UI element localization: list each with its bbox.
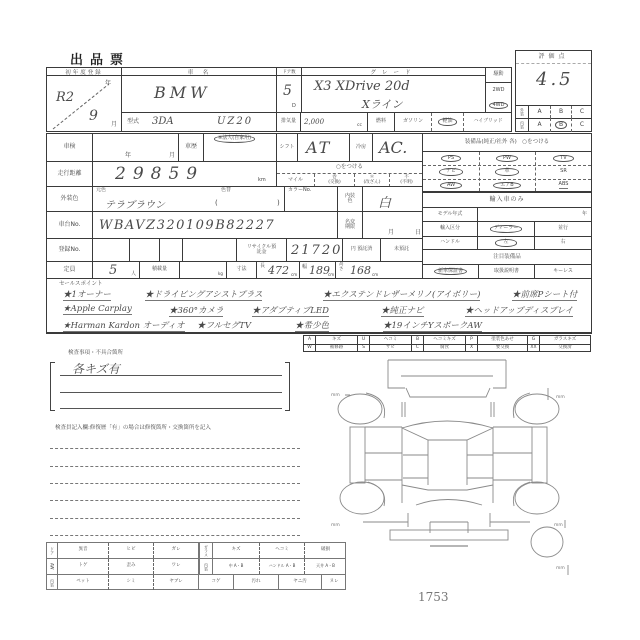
fuel-label: 燃料 bbox=[367, 113, 395, 131]
legend-desc: ヘコミキズ bbox=[424, 336, 466, 344]
legend-code: U bbox=[358, 336, 370, 344]
first-registration-cell: 初年度登録 年 R2 9 月 bbox=[46, 67, 122, 132]
color-code-label: カラーNo. bbox=[288, 188, 311, 194]
score-box: 評価点 4.5 外装 A B C 内装 A B C bbox=[515, 50, 592, 132]
score-value: 4.5 bbox=[536, 69, 574, 90]
drive-cell: 駆動 2WD 4WD bbox=[485, 67, 512, 113]
inspection-notes-label: 検査事項・不具合箇所 bbox=[68, 350, 123, 356]
legend-desc: 交換済 bbox=[540, 344, 590, 352]
doors-unit: D bbox=[292, 104, 296, 110]
registration-box-2 bbox=[129, 238, 160, 262]
exterior-a: A bbox=[529, 106, 550, 118]
model-type-chassis: UZ20 bbox=[217, 116, 253, 127]
car-diagram bbox=[330, 352, 600, 602]
model-type-code: 3DA bbox=[152, 116, 174, 127]
recycle-label: リサイクル預託金 bbox=[236, 238, 287, 262]
import-type-parallel: 並行 bbox=[534, 221, 592, 237]
load-unit: kg bbox=[218, 272, 223, 276]
registration-box-4 bbox=[182, 238, 237, 262]
grade-line1: X3 XDrive 20d bbox=[314, 79, 410, 94]
condition-cell: ヤブレ bbox=[153, 575, 198, 590]
aircon-cell: AC. bbox=[372, 133, 423, 162]
condition-cell: 中 A・B bbox=[213, 559, 259, 574]
sales-point: ★アダプティブLED bbox=[252, 304, 329, 317]
fuel-hybrid: ハイブリッド bbox=[463, 113, 512, 131]
doors-cell: ドア数 5 D bbox=[276, 67, 302, 113]
equipment-leather-label: 革 bbox=[495, 168, 518, 176]
name-change-label: 名変期限 bbox=[337, 211, 363, 239]
mileage-label: 走行距離 bbox=[46, 161, 93, 187]
accessory-warranty: 新車保証書 bbox=[422, 264, 479, 279]
inspector-line bbox=[50, 535, 300, 536]
damage-legend: A キズ U ヘコミ B ヘコミキズ P 塗装色あせ G ガラスキズ W 補修跡… bbox=[303, 335, 591, 352]
equipment-navi-label: ナビ bbox=[439, 168, 463, 176]
capacity-label: 定員 bbox=[46, 261, 93, 279]
condition-row-label: 内装 bbox=[198, 559, 213, 574]
recycle-cell: 21720 bbox=[286, 238, 343, 262]
vin-cell: WBAVZ320109B82227 bbox=[92, 211, 338, 239]
capacity-value: 5 bbox=[109, 263, 117, 278]
load-cell: kg bbox=[179, 261, 227, 279]
import-type-label: 輸入区分 bbox=[422, 221, 478, 237]
doors-label: ドア数 bbox=[277, 68, 301, 76]
inspector-line bbox=[50, 466, 300, 467]
mileage-unit: km bbox=[258, 178, 266, 184]
registration-box-1 bbox=[92, 238, 130, 262]
name-change-cell: 月 日 bbox=[362, 211, 423, 239]
model-type-label: 型式 bbox=[127, 119, 139, 126]
inspector-notes-label: 検査員記入欄:修復歴「有」の場合は修復箇所・交換箇所を記入 bbox=[55, 425, 211, 431]
legend-desc: サビ bbox=[370, 344, 412, 352]
car-name-cell: 車 名 BMW bbox=[121, 67, 277, 113]
first-registration-year: R2 bbox=[56, 90, 74, 105]
recycle-not-deposited: 未預託 bbox=[380, 238, 423, 262]
exterior-label: 外装 bbox=[516, 106, 529, 118]
condition-cell: ヘコミ bbox=[259, 543, 304, 558]
notes-line bbox=[60, 408, 282, 409]
displacement-unit: cc bbox=[357, 124, 362, 129]
legend-desc: 要交換 bbox=[478, 344, 528, 352]
interior-grade-row: 内装 A B C bbox=[516, 118, 591, 132]
inspection-value: 年 月 bbox=[92, 133, 179, 162]
displacement-value: 2,000 bbox=[304, 118, 324, 126]
legend-code: B bbox=[412, 336, 424, 344]
displacement-fuel-row: 排気量 2,000 cc 燃料 ガソリン 軽油 ハイブリッド bbox=[276, 112, 512, 132]
condition-row-label: ガラス bbox=[198, 543, 213, 558]
equipment-leather: 革 bbox=[479, 165, 535, 179]
recycle-value: 21720 bbox=[291, 243, 342, 258]
color-label: 外装色 bbox=[46, 186, 93, 212]
drive-label: 駆動 bbox=[486, 68, 511, 83]
sales-point: ★前席Pシート付 bbox=[512, 288, 577, 301]
length-cell: 長 472 cm bbox=[256, 261, 300, 279]
color-code-cell: カラーNo. bbox=[284, 186, 338, 212]
interior-color-label: 内装色 bbox=[337, 186, 363, 212]
legend-desc: ガラスキズ bbox=[540, 336, 590, 344]
mileage-value: 29859 bbox=[115, 164, 204, 184]
accessory-manual: 取扱説明書 bbox=[478, 264, 535, 279]
grade-cell: グレード X3 XDrive 20d Xライン bbox=[301, 67, 486, 113]
length-label: 長 bbox=[260, 264, 265, 270]
condition-row-label: ドア bbox=[47, 543, 58, 558]
condition-cell: シミ bbox=[108, 575, 153, 590]
equipment-pw-label: PW bbox=[496, 155, 518, 163]
condition-cell: 汚れ bbox=[233, 575, 278, 590]
interior-color-cell: 白 bbox=[362, 186, 423, 212]
exterior-grade-row: 外装 A B C bbox=[516, 105, 591, 119]
registration-box-3 bbox=[159, 238, 183, 262]
aircon-value: AC. bbox=[379, 138, 407, 157]
width-unit: cm bbox=[328, 273, 334, 277]
form-title: 出品票 bbox=[70, 49, 130, 68]
shift-cell: AT bbox=[297, 133, 350, 162]
handle-right: 右 bbox=[534, 236, 592, 250]
capacity-cell: 5 人 bbox=[92, 261, 140, 279]
equipment-tv: TV bbox=[535, 152, 592, 165]
condition-cell: キズ bbox=[213, 543, 259, 558]
sales-points-label: セールスポイント bbox=[59, 281, 103, 287]
sales-point: ★Harman Kardon オーディオ bbox=[63, 319, 185, 332]
legend-code: A bbox=[304, 336, 316, 344]
sales-points-box: セールスポイント ★1オーナー ★ドライビングアシストプラス ★エクステンドレザ… bbox=[46, 278, 592, 334]
legend-code: X bbox=[466, 344, 478, 352]
import-dealer-label: ディーラー bbox=[490, 225, 523, 233]
legend-code: XX bbox=[528, 344, 540, 352]
doors-value: 5 bbox=[283, 83, 292, 99]
equipment-ps: PS bbox=[423, 152, 479, 165]
model-year-cell: 年 bbox=[477, 207, 592, 222]
equipment-ps-label: PS bbox=[441, 155, 461, 163]
notes-line bbox=[60, 392, 282, 393]
handle-left: 左 bbox=[477, 236, 535, 250]
condition-cell: ヤニ汚 bbox=[278, 575, 321, 590]
tire-depth-fr: mm bbox=[556, 396, 565, 401]
registration-label: 登録No. bbox=[46, 238, 93, 262]
equipment-navi: ナビ bbox=[423, 165, 479, 179]
condition-cell: ペット bbox=[58, 575, 108, 590]
interior-b-wrap: B bbox=[550, 118, 571, 132]
equipment-header: 装備品(純正/社外 各) ○をつける bbox=[422, 133, 592, 152]
inspection-month-unit: 月 bbox=[169, 153, 175, 160]
car-name-label: 車 名 bbox=[122, 68, 276, 76]
legend-desc: ヘコミ bbox=[370, 336, 412, 344]
fuel-diesel-wrap: 軽油 bbox=[431, 113, 463, 131]
condition-row-label: 内装 bbox=[47, 575, 58, 590]
shift-label: シフト bbox=[276, 133, 298, 162]
sales-point: ★360°カメラ bbox=[169, 304, 223, 317]
equipment-pw: PW bbox=[479, 152, 535, 165]
accessories-header: 注目装備品 bbox=[422, 249, 592, 265]
inspector-line bbox=[50, 483, 300, 484]
first-registration-label: 初年度登録 bbox=[47, 68, 121, 76]
height-cell: 高さ 168 cm bbox=[335, 261, 423, 279]
import-type-dealer: ディーラー bbox=[477, 221, 535, 237]
drive-2wd: 2WD bbox=[486, 83, 511, 98]
inspector-line bbox=[50, 500, 300, 501]
tire-depth-rr: mm bbox=[554, 524, 563, 529]
name-change-day: 日 bbox=[415, 230, 421, 237]
mileage-flag-unknown-note: (不明) bbox=[400, 181, 413, 186]
condition-cell: ワレ bbox=[153, 559, 198, 574]
inspection-label: 車検 bbox=[46, 133, 93, 162]
interior-c: C bbox=[571, 118, 592, 132]
sales-point: ★1オーナー bbox=[63, 288, 111, 301]
paren-open: ( bbox=[215, 200, 218, 208]
condition-cell: 異音 bbox=[58, 543, 108, 558]
mileage-instruction: ○をつける bbox=[277, 162, 422, 174]
score-label: 評価点 bbox=[516, 51, 591, 64]
mileage-flag-replaced-note: (交換) bbox=[328, 181, 341, 186]
length-value: 472 bbox=[268, 264, 289, 277]
equipment-abs-label: ABS bbox=[559, 182, 569, 189]
width-value: 189 bbox=[309, 264, 330, 277]
equipment-grid: PS PW TV ナビ 革 SR AW エアB ABS bbox=[422, 151, 592, 192]
original-color-value: テラブラウン bbox=[105, 196, 165, 211]
mileage-cell: 29859 km bbox=[92, 161, 277, 187]
mileage-flag-tampered-note: (改ざん) bbox=[363, 181, 380, 186]
legend-code: P bbox=[466, 336, 478, 344]
aircon-label: 冷房 bbox=[349, 133, 373, 162]
condition-cell: コゲ bbox=[198, 575, 233, 590]
condition-cell: 歪み bbox=[108, 559, 153, 574]
lot-number: 1753 bbox=[418, 590, 449, 604]
model-year-unit: 年 bbox=[582, 212, 587, 218]
condition-cell: ハンドル A・B bbox=[259, 559, 304, 574]
height-label: 高さ bbox=[339, 263, 345, 273]
notes-bracket-right bbox=[285, 362, 290, 411]
displacement-label: 排気量 bbox=[277, 113, 301, 131]
handle-left-label: 左 bbox=[495, 239, 516, 247]
changed-color-label: 色替 bbox=[221, 188, 231, 194]
condition-cell: ガレ bbox=[153, 543, 198, 558]
interior-label: 内装 bbox=[516, 118, 529, 132]
accessory-keyless: キーレス bbox=[534, 264, 592, 279]
tire-depth-fl: mm bbox=[331, 394, 340, 399]
handle-label: ハンドル bbox=[422, 236, 478, 250]
legend-code: W bbox=[304, 344, 316, 352]
month-unit: 月 bbox=[111, 122, 117, 129]
equipment-sunroof-label: SR bbox=[560, 169, 567, 175]
drive-4wd-wrap: 4WD bbox=[486, 98, 511, 113]
interior-color-value: 白 bbox=[378, 192, 391, 211]
model-type-cell: 型式 3DA UZ20 bbox=[121, 112, 277, 132]
paren-close: ) bbox=[277, 200, 280, 208]
exterior-c: C bbox=[571, 106, 592, 118]
inspector-line bbox=[50, 518, 300, 519]
recycle-deposited: 円 預託済 bbox=[342, 238, 381, 262]
shift-value: AT bbox=[306, 138, 331, 157]
capacity-unit: 人 bbox=[131, 272, 136, 278]
first-registration-month: 9 bbox=[89, 108, 98, 124]
sales-point: ★ヘッドアップディスプレイ bbox=[465, 304, 573, 317]
history-value: ※法人(自家用) bbox=[203, 133, 277, 162]
mileage-flags: ○をつける マイル 巻 (交換) ＊ (改ざん) 不 (不明) bbox=[276, 161, 423, 187]
sales-point: ★Apple Carplay bbox=[63, 304, 132, 315]
condition-table: ドア 異音 ヒビ ガレ ガラス キズ ヘコミ 破損 AW トゲ 歪み ワレ 内装… bbox=[46, 542, 346, 590]
equipment-airbag-label: エアB bbox=[493, 182, 520, 190]
width-cell: 幅 189 cm bbox=[299, 261, 336, 279]
height-value: 168 bbox=[350, 264, 371, 277]
tire-depth-rl: mm bbox=[331, 524, 340, 529]
height-unit: cm bbox=[372, 273, 378, 277]
equipment-tv-label: TV bbox=[553, 155, 573, 163]
sales-point: ★フルセグTV bbox=[197, 319, 251, 331]
load-label: 積載量 bbox=[139, 261, 180, 279]
legend-desc: 腐食 bbox=[424, 344, 466, 352]
year-unit: 年 bbox=[105, 81, 111, 88]
vin-label: 車台No. bbox=[46, 211, 93, 239]
original-color-label: 元色 bbox=[96, 188, 106, 194]
dimensions-label: 寸法 bbox=[226, 261, 257, 279]
legend-code: G bbox=[528, 336, 540, 344]
notes-line bbox=[60, 375, 282, 376]
condition-cell: ヒビ bbox=[108, 543, 153, 558]
condition-row-label: AW bbox=[47, 559, 58, 574]
sales-point: ★純正ナビ bbox=[381, 304, 424, 317]
tire-depth-spare: mm bbox=[556, 567, 565, 572]
drive-4wd: 4WD bbox=[489, 102, 509, 110]
model-year-label: モデル年式 bbox=[422, 207, 478, 222]
legend-code: S bbox=[358, 344, 370, 352]
legend-code: C bbox=[412, 344, 424, 352]
legend-desc: 補修跡 bbox=[316, 344, 358, 352]
history-note: ※法人(自家用) bbox=[214, 135, 255, 143]
fuel-gasoline: ガソリン bbox=[395, 113, 431, 131]
vin-value: WBAVZ320109B82227 bbox=[99, 218, 275, 233]
width-label: 幅 bbox=[302, 265, 307, 271]
interior-a: A bbox=[529, 118, 550, 132]
grade-line2: Xライン bbox=[362, 96, 403, 112]
sales-point: ★希少色 bbox=[295, 319, 329, 332]
car-name-value: BMW bbox=[154, 83, 211, 102]
sales-point: ★エクステンドレザーメリノ(アイボリー) bbox=[323, 288, 480, 301]
accessory-warranty-label: 新車保証書 bbox=[434, 268, 467, 276]
length-unit: cm bbox=[291, 273, 297, 277]
grade-label: グレード bbox=[302, 68, 485, 76]
legend-desc: キズ bbox=[316, 336, 358, 344]
exterior-b: B bbox=[550, 106, 571, 118]
notes-bracket-left bbox=[50, 362, 55, 411]
name-change-month: 月 bbox=[388, 230, 394, 237]
interior-b: B bbox=[555, 121, 567, 130]
history-label: 車歴 bbox=[178, 133, 204, 162]
color-cell: 元色 色替 テラブラウン ( ) bbox=[92, 186, 285, 212]
inspection-year-unit: 年 bbox=[125, 153, 131, 160]
legend-desc: 塗装色あせ bbox=[478, 336, 528, 344]
equipment-sunroof: SR bbox=[535, 165, 592, 179]
inspector-line bbox=[50, 448, 300, 449]
equipment-aw-label: AW bbox=[440, 182, 462, 190]
import-header: 輸入車のみ bbox=[422, 191, 592, 208]
fuel-diesel: 軽油 bbox=[438, 118, 456, 126]
sales-point: ★19インチYスポークAW bbox=[383, 319, 482, 332]
sales-point: ★ドライビングアシストプラス bbox=[145, 288, 262, 301]
condition-cell: トゲ bbox=[58, 559, 108, 574]
